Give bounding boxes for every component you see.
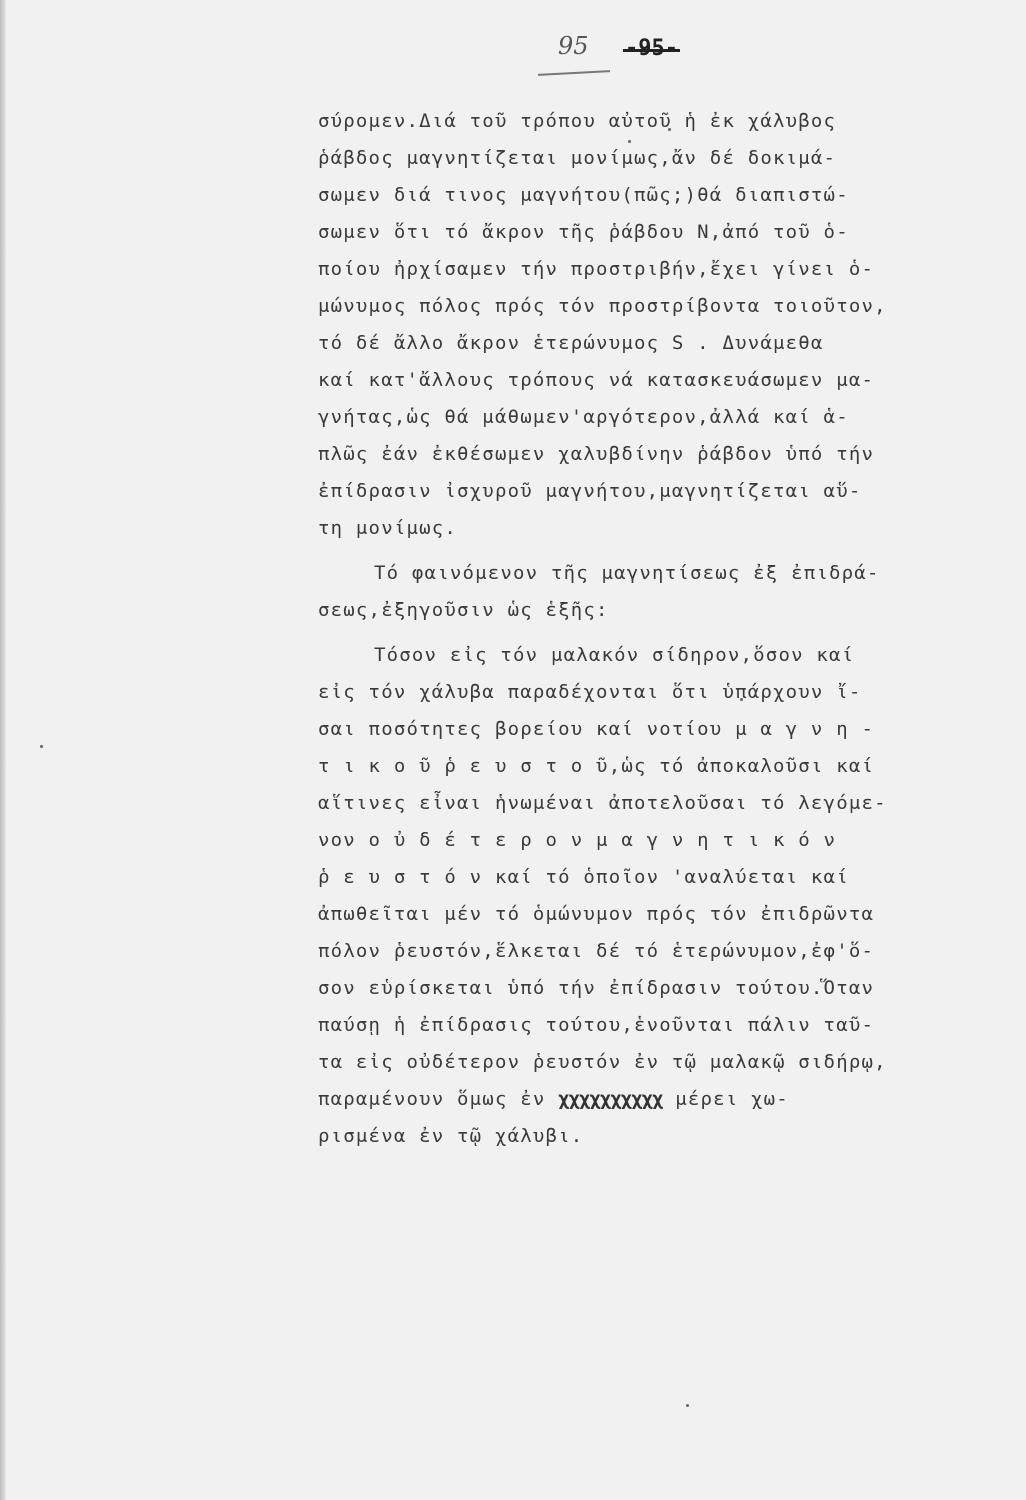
paragraph-start-line: Τό φαινόμενον τῆς μαγνητίσεως ἐξ ἐπιδρά- — [318, 555, 958, 592]
text-line: ῥάβδος μαγνητίζεται μονίμως,ἄν δέ δοκιμά… — [318, 140, 958, 177]
paragraph-start-line: Τόσον εἰς τόν μαλακόν σίδηρον,ὅσον καί — [318, 637, 958, 674]
text-line: σεως,ἐξηγοῦσιν ὡς ἑξῆς: — [318, 592, 958, 629]
text-line-with-crossout: παραμένουν ὅμως ἐν χχχχχχχχχχ μέρει χω- — [318, 1081, 958, 1118]
text-line: τη μονίμως. — [318, 510, 958, 547]
page-edge-shadow — [0, 0, 6, 1500]
text-line: πόλον ῥευστόν,ἕλκεται δέ τό ἑτερώνυμον,ἐ… — [318, 933, 958, 970]
text-line: σωμεν διά τινος μαγνήτου(πῶς;)θά διαπιστ… — [318, 177, 958, 214]
text-line: σύρομεν.Διά τοῦ τρόπου αὐτοῦ ἡ ἐκ χάλυβο… — [318, 103, 958, 140]
text-segment: παραμένουν ὅμως ἐν — [318, 1088, 546, 1110]
text-line: πλῶς ἐάν ἐκθέσωμεν χαλυβδίνην ῥάβδον ὑπό… — [318, 436, 958, 473]
page-number-typed-struck: -95- — [625, 36, 678, 61]
page-number-underline — [538, 70, 610, 76]
text-line: ποίου ἠρχίσαμεν τήν προστριβήν,ἔχει γίνε… — [318, 251, 958, 288]
text-segment: μέρει χω- — [675, 1088, 789, 1110]
text-line: καί κατ'ἄλλους τρόπους νά κατασκευάσωμεν… — [318, 362, 958, 399]
text-line: μώνυμος πόλος πρός τόν προστρίβοντα τοιο… — [318, 288, 958, 325]
speck — [740, 698, 743, 701]
text-line: σον εὑρίσκεται ὑπό τήν ἐπίδρασιν τούτου.… — [318, 970, 958, 1007]
text-line: τα εἰς οὐδέτερον ῥευστόν ἐν τῷ μαλακῷ σι… — [318, 1044, 958, 1081]
text-line: νον ο ὐ δ έ τ ε ρ ο ν μ α γ ν η τ ι κ ό … — [318, 822, 958, 859]
text-line: γνήτας,ὡς θά μάθωμεν'αργότερον,ἀλλά καί … — [318, 399, 958, 436]
text-line: ἀπωθεῖται μέν τό ὁμώνυμον πρός τόν ἐπιδρ… — [318, 896, 958, 933]
text-line: ρισμένα ἐν τῷ χάλυβι. — [318, 1118, 958, 1155]
speck — [668, 128, 671, 131]
text-line: αἵτινες εἶναι ἡνωμέναι ἀποτελοῦσαι τό λε… — [318, 785, 958, 822]
text-line: σαι ποσότητες βορείου καί νοτίου μ α γ ν… — [318, 711, 958, 748]
text-line: ἐπίδρασιν ἰσχυροῦ μαγνήτου,μαγνητίζεται … — [318, 473, 958, 510]
speck — [628, 140, 631, 143]
page-number-handwritten: 95 — [558, 32, 589, 60]
text-line: τό δέ ἄλλο ἄκρον ἑτερώνυμος S . Δυνάμεθα — [318, 325, 958, 362]
text-line: σωμεν ὅτι τό ἄκρον τῆς ῥάβδου N,ἀπό τοῦ … — [318, 214, 958, 251]
speck — [686, 1404, 689, 1407]
text-line: εἰς τόν χάλυβα παραδέχονται ὅτι ὑπάρχουν… — [318, 674, 958, 711]
typed-crossout: χχχχχχχχχχ — [558, 1088, 662, 1110]
speck — [40, 745, 43, 748]
strikethrough-mark — [623, 49, 680, 52]
text-line: τ ι κ ο ῦ ῥ ε υ σ τ ο ῦ,ὡς τό ἀποκαλοῦσι… — [318, 748, 958, 785]
text-line: ῥ ε υ σ τ ό ν καί τό ὁποῖον 'αναλύεται κ… — [318, 859, 958, 896]
typewritten-body: σύρομεν.Διά τοῦ τρόπου αὐτοῦ ἡ ἐκ χάλυβο… — [318, 103, 958, 1155]
text-line: παύσῃ ἡ ἐπίδρασις τούτου,ἑνοῦνται πάλιν … — [318, 1007, 958, 1044]
